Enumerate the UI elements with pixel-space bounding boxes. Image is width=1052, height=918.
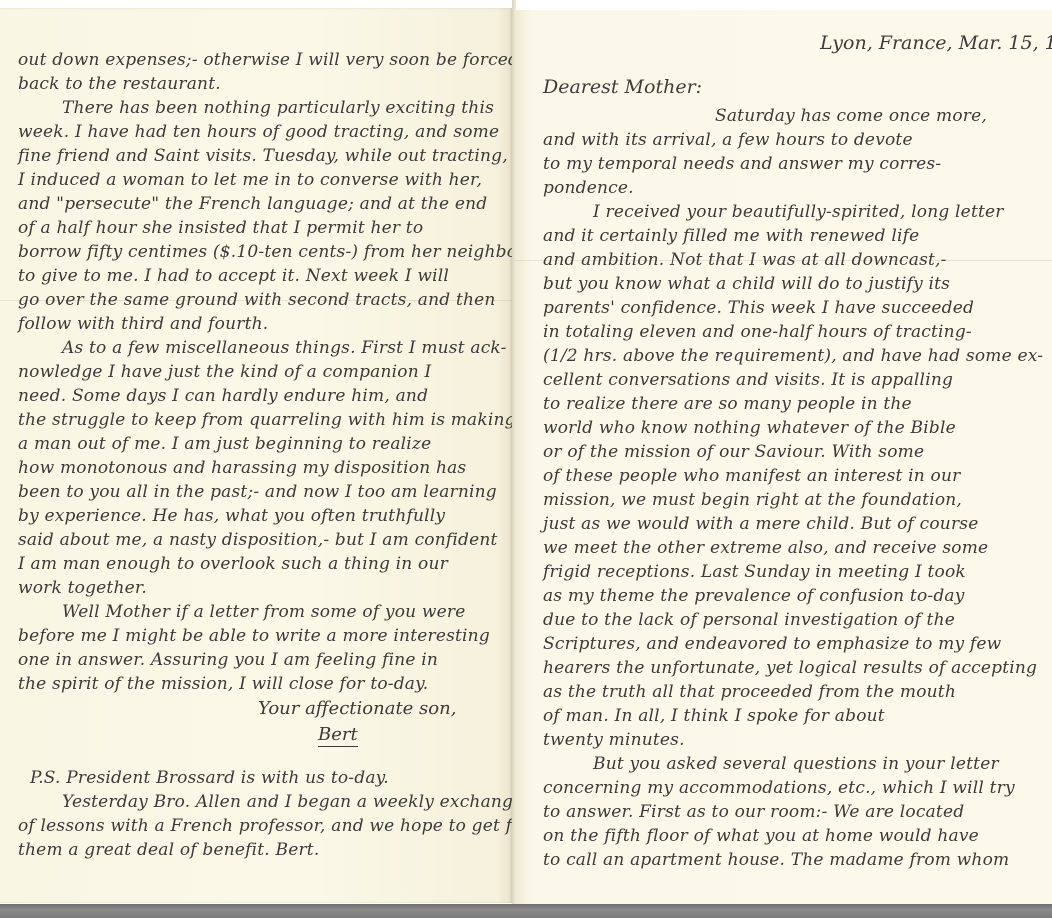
right-line-12: cellent conversations and visits. It is … [543,370,953,390]
right-line-31: on the fifth floor of what you at home w… [543,826,979,846]
right-line-9: parents' confidence. This week I have su… [543,298,974,318]
right-line-32: to call an apartment house. The madame f… [543,850,1009,870]
left-line-4: week. I have had ten hours of good tract… [18,122,499,142]
right-line-3: to my temporal needs and answer my corre… [543,154,941,174]
right-line-7: and ambition. Not that I was at all down… [543,250,947,270]
left-line-18: how monotonous and harassing my disposit… [18,458,466,478]
letter-dateline: Lyon, France, Mar. 15, 1913 [820,32,1052,54]
right-line-2: and with its arrival, a few hours to dev… [543,130,913,150]
postscript-line-4: them a great deal of benefit. Bert. [18,840,319,860]
right-line-1: Saturday has come once more, [715,106,987,126]
right-line-29: concerning my accommodations, etc., whic… [543,778,1015,798]
postscript-line-2: Yesterday Bro. Allen and I began a weekl… [62,792,513,812]
left-page: out down expenses;- otherwise I will ver… [0,8,513,903]
left-line-10: to give to me. I had to accept it. Next … [18,266,449,286]
right-line-30: to answer. First as to our room:- We are… [543,802,964,822]
left-line-7: and "persecute" the French language; and… [18,194,487,214]
right-page: Lyon, France, Mar. 15, 1913 Dearest Moth… [515,10,1052,905]
letter-closing: Your affectionate son, [258,698,456,719]
postscript-line-3: of lessons with a French professor, and … [18,816,513,836]
left-line-27: the spirit of the mission, I will close … [18,674,428,694]
left-line-24: Well Mother if a letter from some of you… [62,602,466,622]
right-line-17: mission, we must begin right at the foun… [543,490,962,510]
right-line-4: pondence. [543,178,634,198]
letter-salutation: Dearest Mother: [543,76,702,98]
postscript-line-1: P.S. President Brossard is with us to-da… [30,768,389,788]
right-line-16: of these people who manifest an interest… [543,466,960,486]
right-line-15: or of the mission of our Saviour. With s… [543,442,924,462]
right-line-11: (1/2 hrs. above the requirement), and ha… [543,346,1043,366]
right-line-10: in totaling eleven and one-half hours of… [543,322,972,342]
right-line-5: I received your beautifully-spirited, lo… [593,202,1004,222]
left-line-15: need. Some days I can hardly endure him,… [18,386,428,406]
right-line-24: hearers the unfortunate, yet logical res… [543,658,1037,678]
right-line-6: and it certainly filled me with renewed … [543,226,919,246]
right-line-14: world who know nothing whatever of the B… [543,418,956,438]
left-line-26: one in answer. Assuring you I am feeling… [18,650,438,670]
left-line-14: nowledge I have just the kind of a compa… [18,362,431,382]
scanner-edge-bar [0,904,1052,918]
letter-scan: out down expenses;- otherwise I will ver… [0,0,1052,918]
left-line-23: work together. [18,578,147,598]
left-line-25: before me I might be able to write a mor… [18,626,490,646]
left-line-8: of a half hour she insisted that I permi… [18,218,423,238]
left-line-12: follow with third and fourth. [18,314,268,334]
right-line-20: frigid receptions. Last Sunday in meetin… [543,562,966,582]
left-line-19: been to you all in the past;- and now I … [18,482,497,502]
right-line-19: we meet the other extreme also, and rece… [543,538,988,558]
left-line-13: As to a few miscellaneous things. First … [62,338,507,358]
left-line-20: by experience. He has, what you often tr… [18,506,445,526]
left-line-3: There has been nothing particularly exci… [62,98,494,118]
left-line-17: a man out of me. I am just beginning to … [18,434,431,454]
left-line-21: said about me, a nasty disposition,- but… [18,530,498,550]
right-line-27: twenty minutes. [543,730,685,750]
left-line-2: back to the restaurant. [18,74,221,94]
signature-name: Bert [318,724,358,747]
left-line-1: out down expenses;- otherwise I will ver… [18,50,513,70]
left-line-5: fine friend and Saint visits. Tuesday, w… [18,146,508,166]
right-line-23: Scriptures, and endeavored to emphasize … [543,634,1001,654]
right-line-22: due to the lack of personal investigatio… [543,610,955,630]
left-line-9: borrow fifty centimes ($.10-ten cents-) … [18,242,513,262]
left-line-6: I induced a woman to let me in to conver… [18,170,482,190]
right-line-28: But you asked several questions in your … [593,754,999,774]
right-line-13: to realize there are so many people in t… [543,394,912,414]
right-line-8: but you know what a child will do to jus… [543,274,950,294]
right-line-21: as my theme the prevalence of confusion … [543,586,965,606]
letter-signature: Bert [318,724,358,745]
left-line-16: the struggle to keep from quarreling wit… [18,410,513,430]
right-line-18: just as we would with a mere child. But … [543,514,978,534]
left-line-11: go over the same ground with second trac… [18,290,496,310]
right-line-26: of man. In all, I think I spoke for abou… [543,706,885,726]
right-line-25: as the truth all that proceeded from the… [543,682,956,702]
left-line-22: I am man enough to overlook such a thing… [18,554,448,574]
